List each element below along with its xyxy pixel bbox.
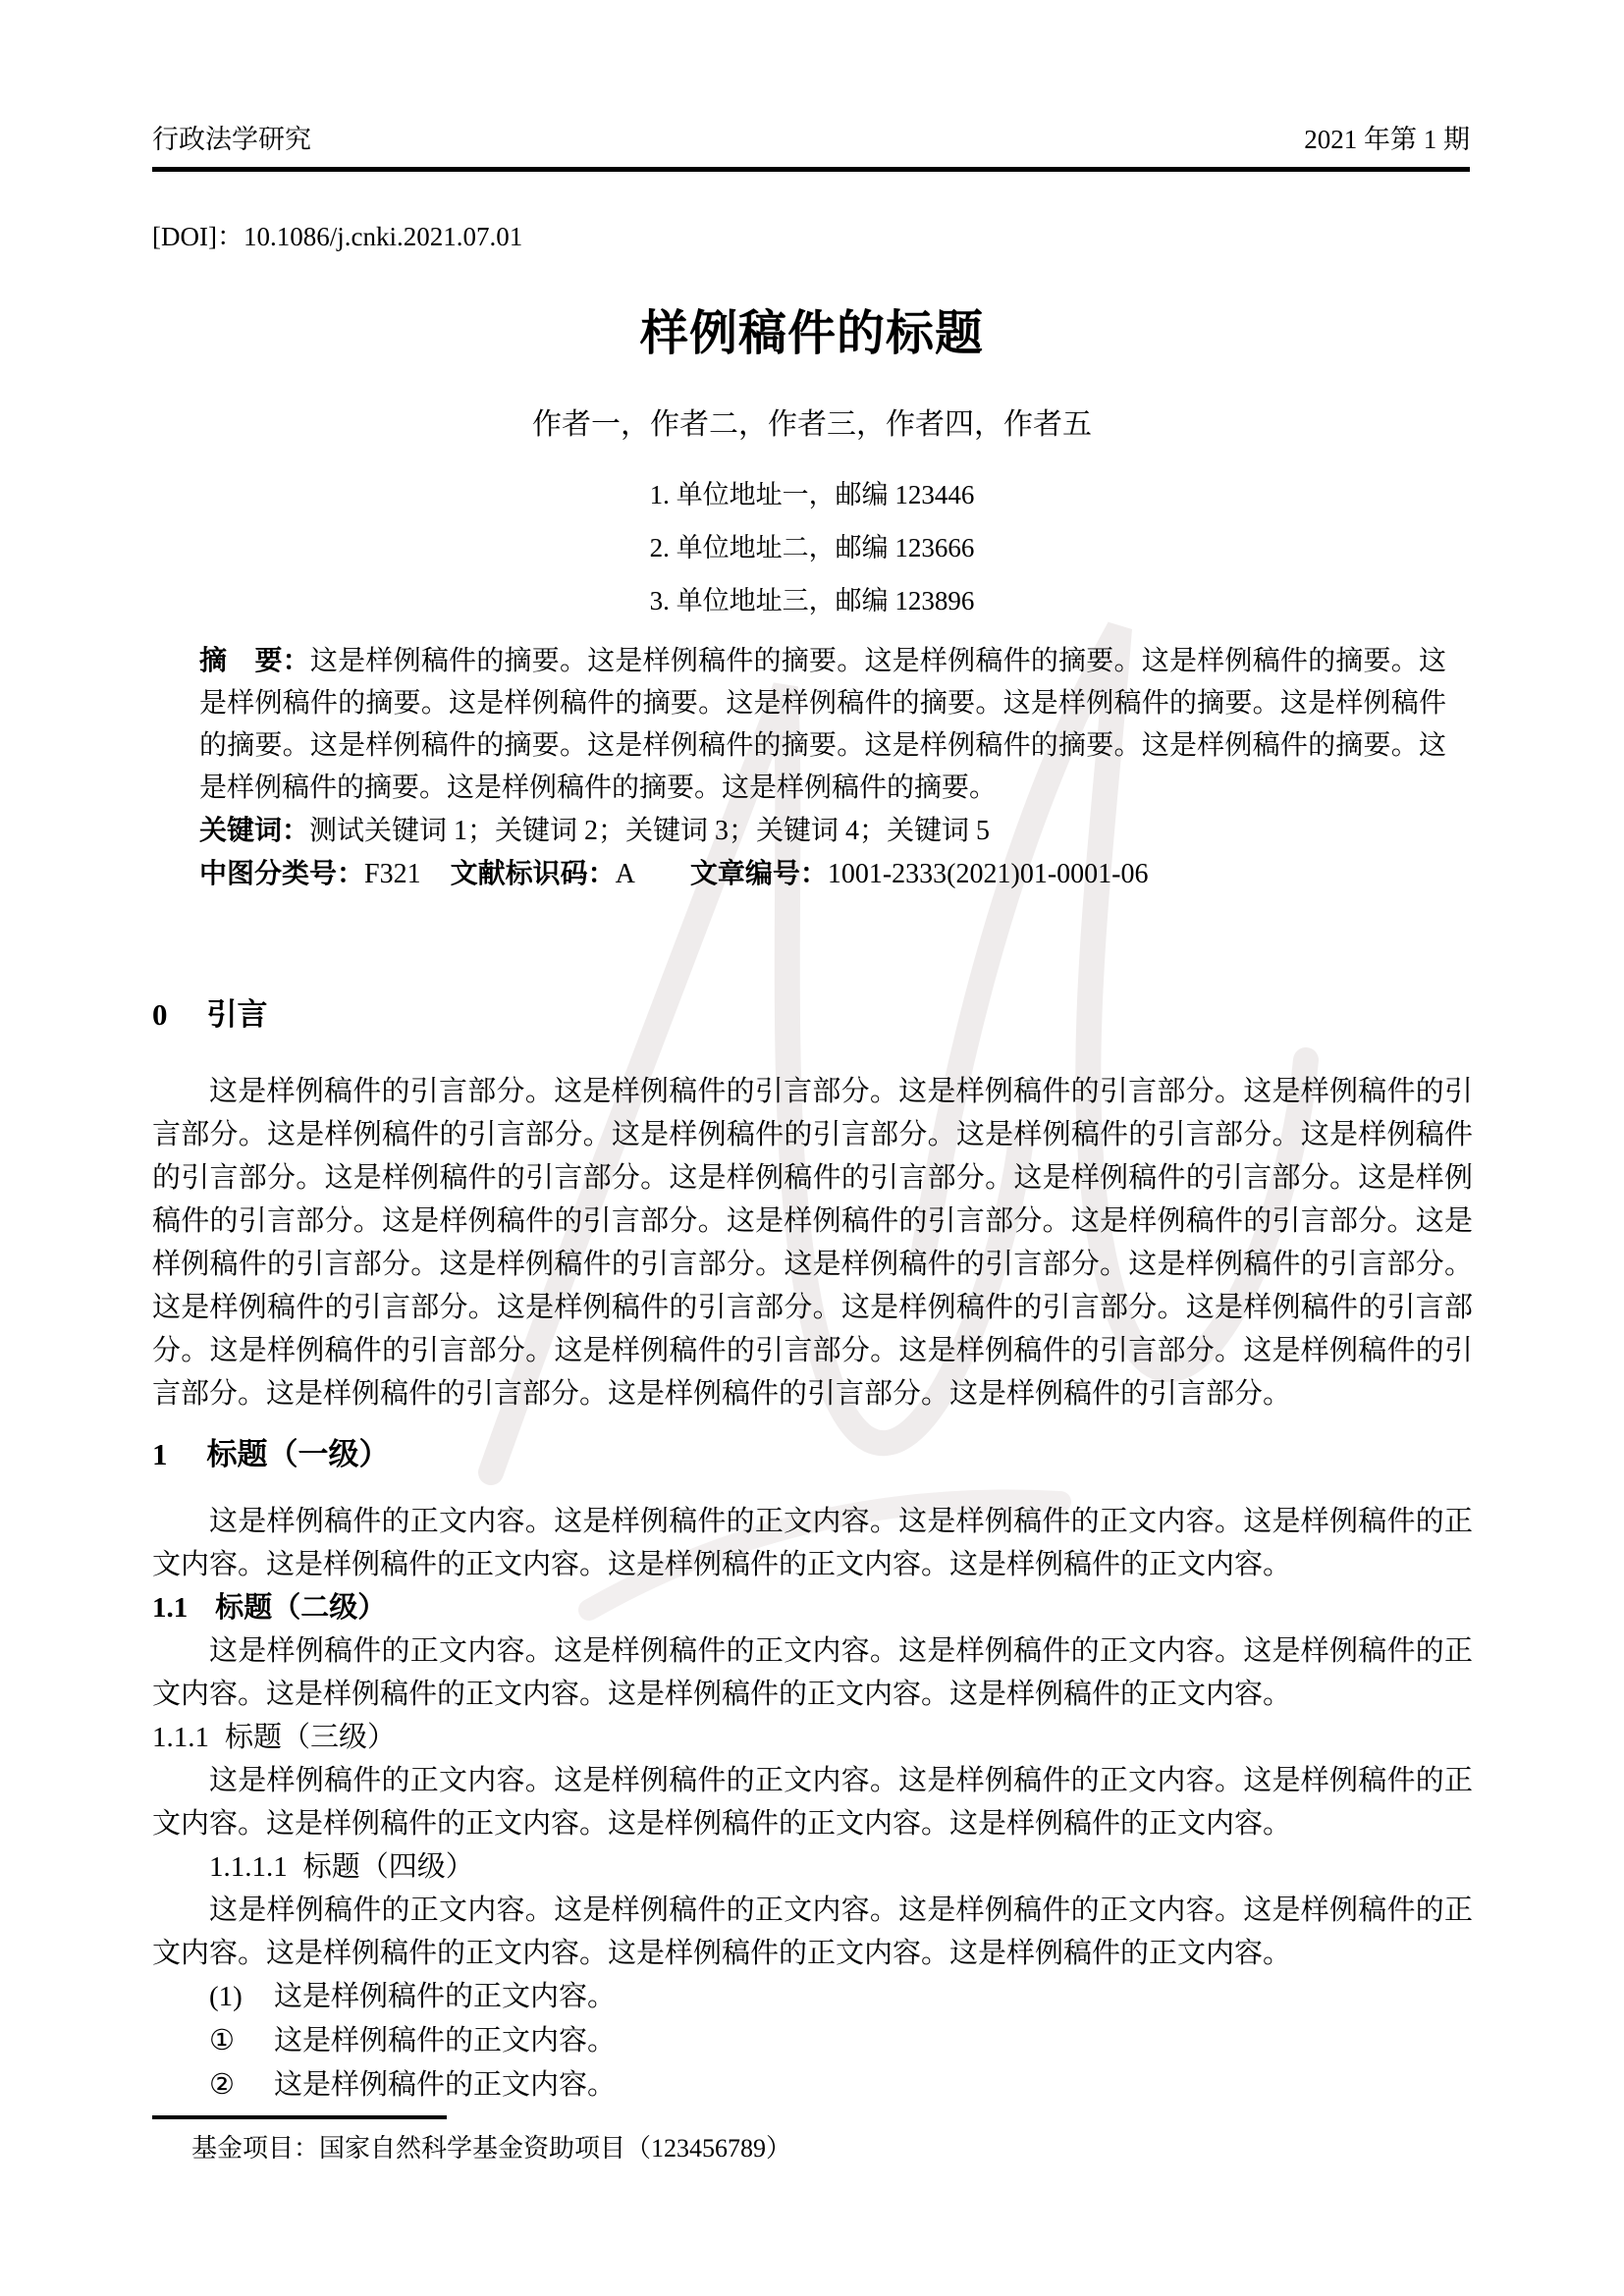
list-item: ②这是样例稿件的正文内容。 <box>152 2063 1473 2108</box>
section-number: 1.1.1 <box>152 1722 209 1753</box>
section-title: 引言 <box>207 997 268 1032</box>
manuscript-page: 行政法学研究 2021 年第 1 期 [DOI]：10.1086/j.cnki.… <box>0 0 1624 2296</box>
issue-label: 2021 年第 1 期 <box>1304 124 1470 155</box>
section-heading-intro: 0引言 <box>152 993 1473 1037</box>
body-paragraph: 这是样例稿件的正文内容。这是样例稿件的正文内容。这是样例稿件的正文内容。这是样例… <box>152 1889 1473 1975</box>
section-heading-level3: 1.1.1标题（三级） <box>152 1716 1473 1759</box>
section-number: 1 <box>152 1437 168 1471</box>
body-paragraph: 这是样例稿件的正文内容。这是样例稿件的正文内容。这是样例稿件的正文内容。这是样例… <box>152 1759 1473 1845</box>
keywords-label: 关键词： <box>199 815 309 845</box>
doi-line: [DOI]：10.1086/j.cnki.2021.07.01 <box>152 221 1470 252</box>
section-heading-level2: 1.1标题（二级） <box>152 1586 1473 1629</box>
list-marker: (1) <box>209 1975 256 2019</box>
body-paragraph: 这是样例稿件的正文内容。这是样例稿件的正文内容。这是样例稿件的正文内容。这是样例… <box>152 1500 1473 1586</box>
page-content: 行政法学研究 2021 年第 1 期 [DOI]：10.1086/j.cnki.… <box>0 0 1624 2166</box>
section-number: 1.1.1.1 <box>209 1851 288 1883</box>
clc-value: F321 <box>364 859 421 889</box>
section-title: 标题（一级） <box>207 1437 390 1471</box>
article-id-value: 1001-2333(2021)01-0001-06 <box>828 859 1149 889</box>
doc-code-label: 文献标识码： <box>451 858 616 888</box>
abstract-paragraph: 摘 要：这是样例稿件的摘要。这是样例稿件的摘要。这是样例稿件的摘要。这是样例稿件… <box>199 639 1446 809</box>
classification-line: 中图分类号：F321文献标识码：A文章编号：1001-2333(2021)01-… <box>199 852 1446 895</box>
article-body: 0引言 这是样例稿件的引言部分。这是样例稿件的引言部分。这是样例稿件的引言部分。… <box>152 993 1473 2108</box>
keywords-text: 测试关键词 1；关键词 2；关键词 3；关键词 4；关键词 5 <box>309 816 990 846</box>
article-title: 样例稿件的标题 <box>0 305 1624 362</box>
section-title: 标题（三级） <box>225 1722 396 1753</box>
affiliation-item: 3. 单位地址三，邮编 123896 <box>0 574 1624 627</box>
doc-code-value: A <box>616 859 635 889</box>
affiliation-item: 2. 单位地址二，邮编 123666 <box>0 521 1624 574</box>
funding-footnote: 基金项目：国家自然科学基金资助项目（123456789） <box>191 2131 1473 2166</box>
list-marker: ② <box>209 2063 256 2108</box>
section-title: 标题（四级） <box>303 1851 474 1883</box>
section-title: 标题（二级） <box>215 1592 386 1624</box>
section-number: 1.1 <box>152 1592 188 1624</box>
clc-label: 中图分类号： <box>199 858 364 888</box>
intro-paragraph: 这是样例稿件的引言部分。这是样例稿件的引言部分。这是样例稿件的引言部分。这是样例… <box>152 1070 1473 1415</box>
affiliation-list: 1. 单位地址一，邮编 123446 2. 单位地址二，邮编 123666 3.… <box>0 468 1624 627</box>
journal-name: 行政法学研究 <box>152 124 311 155</box>
authors-line: 作者一，作者二，作者三，作者四，作者五 <box>0 405 1624 445</box>
list-text: 这是样例稿件的正文内容。 <box>274 2025 616 2056</box>
keywords-line: 关键词：测试关键词 1；关键词 2；关键词 3；关键词 4；关键词 5 <box>199 809 1446 852</box>
header-rule <box>152 167 1470 172</box>
body-paragraph: 这是样例稿件的正文内容。这是样例稿件的正文内容。这是样例稿件的正文内容。这是样例… <box>152 1629 1473 1716</box>
list-marker: ① <box>209 2019 256 2063</box>
list-text: 这是样例稿件的正文内容。 <box>274 1981 616 2012</box>
section-number: 0 <box>152 997 168 1032</box>
list-text: 这是样例稿件的正文内容。 <box>274 2069 616 2101</box>
affiliation-item: 1. 单位地址一，邮编 123446 <box>0 468 1624 521</box>
article-id-label: 文章编号： <box>690 858 828 888</box>
running-head: 行政法学研究 2021 年第 1 期 <box>152 0 1470 155</box>
abstract-text: 这是样例稿件的摘要。这是样例稿件的摘要。这是样例稿件的摘要。这是样例稿件的摘要。… <box>199 646 1446 803</box>
list-item: ①这是样例稿件的正文内容。 <box>152 2019 1473 2063</box>
section-heading-level1: 1标题（一级） <box>152 1433 1473 1476</box>
footnote-rule <box>152 2115 447 2119</box>
list-item: (1)这是样例稿件的正文内容。 <box>152 1975 1473 2019</box>
meta-block: 摘 要：这是样例稿件的摘要。这是样例稿件的摘要。这是样例稿件的摘要。这是样例稿件… <box>199 639 1446 895</box>
section-heading-level4: 1.1.1.1标题（四级） <box>152 1845 1473 1889</box>
abstract-label: 摘 要： <box>199 645 310 675</box>
